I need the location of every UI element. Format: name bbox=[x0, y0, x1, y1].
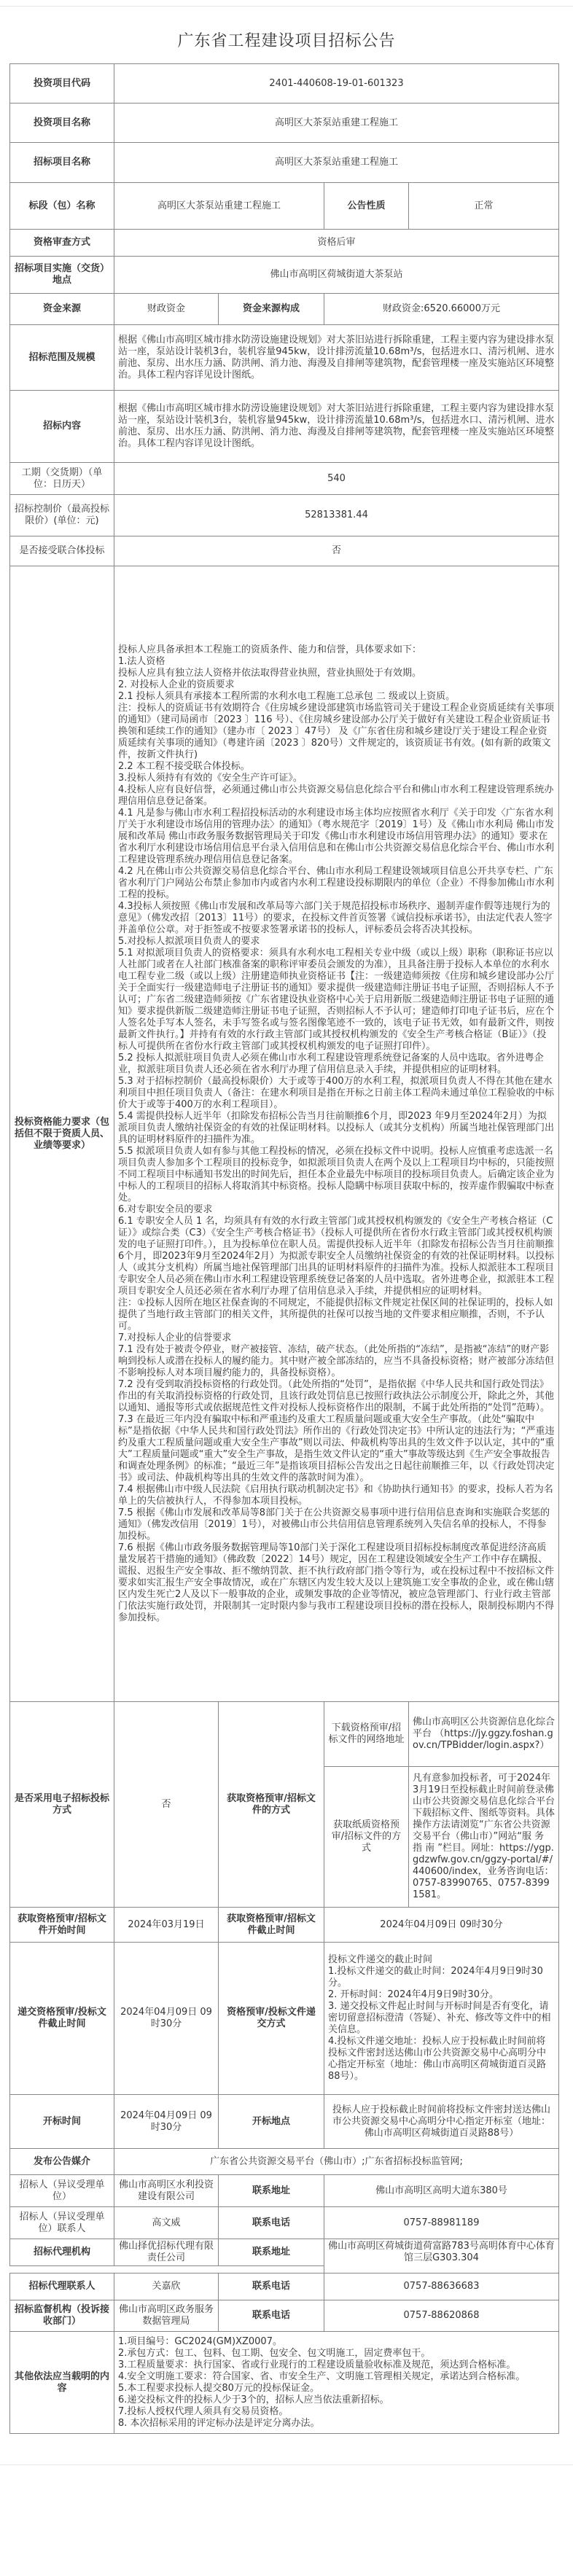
page-title: 广东省工程建设项目招标公告 bbox=[0, 28, 573, 55]
top-divider bbox=[0, 0, 573, 7]
row-tenderer: 招标人（异议受理单位） 佛山市高明区水利投资建设有限公司 联系地址 佛山市高明区… bbox=[10, 2175, 559, 2207]
row-section-name: 标段（包）名称 高明区大茶泵站重建工程施工 公告性质 正常 bbox=[10, 183, 559, 230]
value-fund-source: 财政资金 bbox=[114, 294, 219, 325]
row-location: 招标项目实施（交货）地点 佛山市高明区荷城街道大茶泵站 bbox=[10, 257, 559, 294]
row-tenderer-contact: 招标人（异议受理单位）联系人 高文威 联系电话 0757-88981189 bbox=[10, 2207, 559, 2239]
label-investment-name: 投资项目名称 bbox=[10, 104, 114, 143]
value-agency-phone: 0757-88636683 bbox=[324, 2273, 559, 2300]
label-fund-composition: 资金来源构成 bbox=[219, 294, 324, 325]
value-control-price: 52813381.44 bbox=[114, 495, 559, 536]
row-qualification-method: 资格审查方式 资格后审 bbox=[10, 230, 559, 257]
label-submit-method: 资格预审/投标文件递交方式 bbox=[219, 1943, 324, 2095]
label-obtain-start: 获取资格预审/招标文件开始时间 bbox=[10, 1908, 114, 1943]
bottom-divider bbox=[0, 2464, 573, 2465]
row-investment-code: 投资项目代码 2401-440608-19-01-601323 bbox=[10, 64, 559, 104]
value-tenderer-contact: 高文威 bbox=[114, 2207, 219, 2239]
label-qualification-method: 资格审查方式 bbox=[10, 230, 114, 257]
row-investment-name: 投资项目名称 高明区大茶泵站重建工程施工 bbox=[10, 104, 559, 143]
value-tenderer-address: 佛山市高明区高明大道东380号 bbox=[324, 2175, 559, 2207]
value-opening-place: 投标人应于投标截止时间前将投标文件密封送达佛山市公共资源交易中心高明分中心指定开… bbox=[324, 2095, 559, 2149]
value-duration: 540 bbox=[114, 463, 559, 495]
label-scope: 招标范围及规模 bbox=[10, 325, 114, 391]
value-scope: 根据《佛山市高明区城市排水防涝设施建设规划》对大茶旧站进行拆除重建，工程主要内容… bbox=[114, 325, 559, 391]
label-tenderer-address: 联系地址 bbox=[219, 2175, 324, 2207]
label-submit-deadline: 递交资格预审/投标文件截止时间 bbox=[10, 1943, 114, 2095]
row-opening: 开标时间 2024年04月09日 09时30分 开标地点 投标人应于投标截止时间… bbox=[10, 2095, 559, 2149]
label-content: 招标内容 bbox=[10, 391, 114, 463]
label-tenderer-phone: 联系电话 bbox=[219, 2207, 324, 2239]
value-obtain-start: 2024年03月19日 bbox=[114, 1908, 219, 1943]
label-electronic: 是否采用电子招标投标方式 bbox=[10, 1702, 114, 1908]
label-tenderer: 招标人（异议受理单位） bbox=[10, 2175, 114, 2207]
value-electronic: 否 bbox=[114, 1702, 219, 1908]
row-fund-source: 资金来源 财政资金 资金来源构成 财政资金:6520.66000万元 bbox=[10, 294, 559, 325]
row-other: 其他依法应当载明的内容 1.项目编号：GC2024(GM)XZ0007。 2.承… bbox=[10, 2332, 559, 2434]
label-media: 发布公告媒介 bbox=[10, 2149, 114, 2175]
row-tender-project-name: 招标项目名称 高明区大茶泵站重建工程施工 bbox=[10, 143, 559, 183]
label-other: 其他依法应当载明的内容 bbox=[10, 2332, 114, 2434]
row-requirements: 投标资格能力要求（包括但不限于资质人员、业绩等要求） 投标人应具备承担本工程施工… bbox=[10, 566, 559, 1702]
value-tenderer: 佛山市高明区水利投资建设有限公司 bbox=[114, 2175, 219, 2207]
notice-table: 投资项目代码 2401-440608-19-01-601323 投资项目名称 高… bbox=[9, 63, 559, 2434]
value-qualification-method: 资格后审 bbox=[114, 230, 559, 257]
row-content: 招标内容 根据《佛山市高明区城市排水防涝设施建设规划》对大茶旧站进行拆除重建，工… bbox=[10, 391, 559, 463]
value-tender-project-name: 高明区大茶泵站重建工程施工 bbox=[114, 143, 559, 183]
value-content: 根据《佛山市高明区城市排水防涝设施建设规划》对大茶旧站进行拆除重建，工程主要内容… bbox=[114, 391, 559, 463]
row-supervisor: 招标监督机构（投诉接收部门） 佛山市高明区政务服务数据管理局 联系电话 0757… bbox=[10, 2300, 559, 2332]
value-agency: 佛山择优招标代理有限责任公司 bbox=[114, 2239, 219, 2266]
value-fund-composition: 财政资金:6520.66000万元 bbox=[324, 294, 559, 325]
row-consortium: 是否接受联合体投标 否 bbox=[10, 536, 559, 566]
value-obtain-end: 2024年04月09日 09时30分 bbox=[324, 1908, 559, 1943]
value-tenderer-phone: 0757-88981189 bbox=[324, 2207, 559, 2239]
label-opening-time: 开标时间 bbox=[10, 2095, 114, 2149]
value-section-name: 高明区大茶泵站重建工程施工 bbox=[114, 183, 324, 230]
label-obtain-end: 获取资格预审/招标文件截止时间 bbox=[219, 1908, 324, 1943]
label-obtain-method: 获取资格预审/招标文件的方式 bbox=[219, 1702, 324, 1908]
value-consortium: 否 bbox=[114, 536, 559, 566]
value-other: 1.项目编号：GC2024(GM)XZ0007。 2.承包方式：包工、包料、包工… bbox=[114, 2332, 559, 2434]
value-supervisor-phone: 0757-88620868 bbox=[324, 2300, 559, 2332]
row-agency: 招标代理机构 佛山择优招标代理有限责任公司 联系地址 佛山市高明区荷城街道荷富路… bbox=[10, 2239, 559, 2266]
label-agency-address: 联系地址 bbox=[219, 2239, 324, 2266]
label-paper-method: 获取纸质资格预审/招标文件的方式 bbox=[324, 1767, 409, 1908]
value-notice-nature: 正常 bbox=[409, 183, 559, 230]
value-opening-time: 2024年04月09日 09时30分 bbox=[114, 2095, 219, 2149]
label-control-price: 招标控制价（最高投标限价）(单位：元) bbox=[10, 495, 114, 536]
value-paper-method: 凡有意参加投标者，可于2024年3月19日至投标截止时间前登录佛山市公共资源交易… bbox=[409, 1767, 559, 1908]
label-notice-nature: 公告性质 bbox=[324, 183, 409, 230]
label-tenderer-contact: 招标人（异议受理单位）联系人 bbox=[10, 2207, 114, 2239]
value-location: 佛山市高明区荷城街道大茶泵站 bbox=[114, 257, 559, 294]
row-agency-contact: 招标代理联系人 关嘉欣 联系电话 0757-88636683 bbox=[10, 2273, 559, 2300]
label-opening-place: 开标地点 bbox=[219, 2095, 324, 2149]
row-control-price: 招标控制价（最高投标限价）(单位：元) 52813381.44 bbox=[10, 495, 559, 536]
value-agency-contact: 关嘉欣 bbox=[114, 2273, 219, 2300]
label-duration: 工期（交货期）（单位：日历天） bbox=[10, 463, 114, 495]
label-agency: 招标代理机构 bbox=[10, 2239, 114, 2266]
value-download-url[interactable]: 佛山市高明区公共资源信息化综合平台 （https://jy.ggzy.fosha… bbox=[409, 1702, 559, 1767]
label-consortium: 是否接受联合体投标 bbox=[10, 536, 114, 566]
label-investment-code: 投资项目代码 bbox=[10, 64, 114, 104]
label-section-name: 标段（包）名称 bbox=[10, 183, 114, 230]
label-fund-source: 资金来源 bbox=[10, 294, 114, 325]
label-agency-phone: 联系电话 bbox=[219, 2273, 324, 2300]
value-media: 广东省公共资源交易平台（佛山市）;广东省招标投标监管网; bbox=[114, 2149, 559, 2175]
row-obtain-time: 获取资格预审/招标文件开始时间 2024年03月19日 获取资格预审/招标文件截… bbox=[10, 1908, 559, 1943]
label-download-url: 下载资格预审/招标文件的网络地址 bbox=[324, 1702, 409, 1767]
label-supervisor: 招标监督机构（投诉接收部门） bbox=[10, 2300, 114, 2332]
row-media: 发布公告媒介 广东省公共资源交易平台（佛山市）;广东省招标投标监管网; bbox=[10, 2149, 559, 2175]
value-supervisor: 佛山市高明区政务服务数据管理局 bbox=[114, 2300, 219, 2332]
label-supervisor-phone: 联系电话 bbox=[219, 2300, 324, 2332]
label-agency-contact: 招标代理联系人 bbox=[10, 2273, 114, 2300]
value-investment-code: 2401-440608-19-01-601323 bbox=[114, 64, 559, 104]
row-electronic-download: 是否采用电子招标投标方式 否 获取资格预审/招标文件的方式 下载资格预审/招标文… bbox=[10, 1702, 559, 1767]
value-submit-method: 投标文件递交的截止时间 1.投标文件递交的截止时间：2024年4月9日9时30分… bbox=[324, 1943, 559, 2095]
label-location: 招标项目实施（交货）地点 bbox=[10, 257, 114, 294]
row-scope: 招标范围及规模 根据《佛山市高明区城市排水防涝设施建设规划》对大茶旧站进行拆除重… bbox=[10, 325, 559, 391]
label-requirements: 投标资格能力要求（包括但不限于资质人员、业绩等要求） bbox=[10, 566, 114, 1702]
value-submit-deadline: 2024年04月09日 09时30分 bbox=[114, 1943, 219, 2095]
value-investment-name: 高明区大茶泵站重建工程施工 bbox=[114, 104, 559, 143]
value-requirements: 投标人应具备承担本工程施工的资质条件、能力和信誉，具体要求如下： 1.法人资格 … bbox=[114, 566, 559, 1702]
row-duration: 工期（交货期）（单位：日历天） 540 bbox=[10, 463, 559, 495]
row-submit: 递交资格预审/投标文件截止时间 2024年04月09日 09时30分 资格预审/… bbox=[10, 1943, 559, 2095]
label-tender-project-name: 招标项目名称 bbox=[10, 143, 114, 183]
agency-gap-spacer bbox=[10, 2266, 324, 2273]
value-agency-address: 佛山市高明区荷城街道荷富路783号高明体育中心体育馆三层G303.304 bbox=[324, 2239, 559, 2273]
